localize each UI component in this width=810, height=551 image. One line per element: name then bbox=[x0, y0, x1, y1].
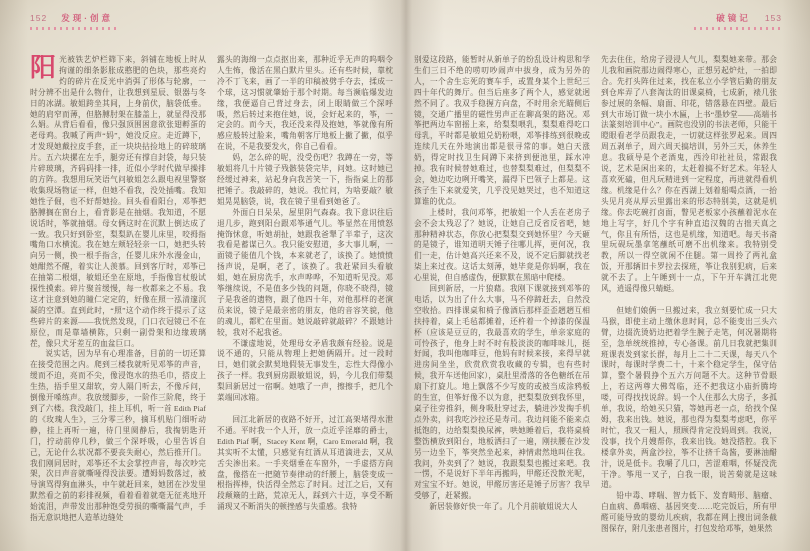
right-page: 破镜记 153 别爱这段路，能暂时从新单子的纷乱设计构思和学生们三日不绝的唠叨吵… bbox=[414, 12, 782, 544]
body-paragraph: 不谦虚地说，处理母女矛盾我颇有经验。说是说不通的，只能从物理上把她俩隔开。过一段… bbox=[217, 339, 393, 404]
left-page-header: 152 发现·创意 bbox=[30, 12, 394, 38]
body-paragraph: 但她们娘俩一旦搬过来，我立刻要忙成一只大马猴，即使主动上缴休息时间，总不能变出三… bbox=[601, 306, 777, 491]
section-title: 破镜记 bbox=[716, 12, 751, 24]
page-number: 152 bbox=[30, 13, 47, 23]
left-edge-shadow bbox=[0, 0, 28, 551]
body-paragraph: 回到新居，一片狼藉。我刚下课就接到邓筝的电话，以为出了什么大事，马不停蹄赶去，自… bbox=[414, 284, 590, 502]
body-paragraph: 别爱这段路，能暂时从新单子的纷乱设计构思和学生们三日不绝的唠叨吵闹声中拔身，成为… bbox=[414, 55, 590, 208]
body-paragraph: 先去住住，给房子浸浸人气儿，梨梨她来带。那会儿我和画院那边闹得寒心，正想另起炉灶… bbox=[601, 55, 777, 295]
right-edge-shadow bbox=[782, 0, 810, 551]
text-column: 别爱这段路，能暂时从新单子的纷乱设计构思和学生们三日不绝的唠叨吵闹声中拔身，成为… bbox=[414, 55, 590, 541]
text-column: 露头的海绵一点点抠出来，那种近乎无声的呜咽令人生怖，像活在黑白默片里头。还有些时… bbox=[217, 55, 393, 541]
drop-cap: 阳 bbox=[30, 55, 59, 79]
book-spread: 152 发现·创意 阳光被铁艺炉栏筛下来，斜铺在地板上时从拘谨的细条影胀成憨肥的… bbox=[0, 0, 810, 551]
body-paragraph: 阳光被铁艺炉栏筛下来，斜铺在地板上时从拘谨的细条影胀成憨肥的色块，那些亮灼灼的碎… bbox=[30, 55, 206, 349]
left-page: 152 发现·创意 阳光被铁艺炉栏筛下来，斜铺在地板上时从拘谨的细条影胀成憨肥的… bbox=[30, 12, 394, 544]
body-paragraph: 铅中毒、哮喘、智力低下、发育畸形、脑瘤、白血病、鼻咽癌、基因突变……吃完饭后，所… bbox=[601, 491, 777, 535]
dotted-rule bbox=[30, 27, 118, 30]
right-page-header: 破镜记 153 bbox=[414, 12, 782, 38]
page-number: 153 bbox=[765, 13, 782, 23]
section-title: 发现·创意 bbox=[61, 12, 113, 24]
dotted-rule bbox=[694, 27, 782, 30]
body-paragraph: 说实话，因为早有心理准备，目前的一切还算在接受范围之内。爬到三楼我就听见邓筝的声… bbox=[30, 349, 206, 524]
text-column: 阳光被铁艺炉栏筛下来，斜铺在地板上时从拘谨的细条影胀成憨肥的色块，那些亮灼灼的碎… bbox=[30, 55, 206, 541]
body-paragraph: 妈，怎么碎的呢，没受伤吧？我蹲在一旁，等敏姐将几十片镜子残骸装袋完毕，问她。这时… bbox=[217, 153, 393, 208]
body-paragraph: 回江北新居的夜路不好开，过江高架堵得水泄不通。平时我一个人开，放一点近乎淫靡的爵… bbox=[217, 415, 393, 513]
body-paragraph: 外面白日呆呆，屋里阴气森森。我下意识往后退几步，跑到阳台跟邓筝通气儿。筝显然在用… bbox=[217, 208, 393, 339]
body-paragraph: 上楼时，我问邓筝，把敏姐一个人丢在老房子会不会太残忍了？她说，让她自己反省反省吧… bbox=[414, 208, 590, 284]
body-paragraph: 露头的海绵一点点抠出来，那种近乎无声的呜咽令人生怖，像活在黑白默片里头。还有些时… bbox=[217, 55, 393, 153]
text-column: 先去住住，给房子浸浸人气儿，梨梨她来带。那会儿我和画院那边闹得寒心，正想另起炉灶… bbox=[601, 55, 777, 541]
body-paragraph: 新居装修好快一年了。几个月前敏姐说大人 bbox=[414, 502, 590, 513]
